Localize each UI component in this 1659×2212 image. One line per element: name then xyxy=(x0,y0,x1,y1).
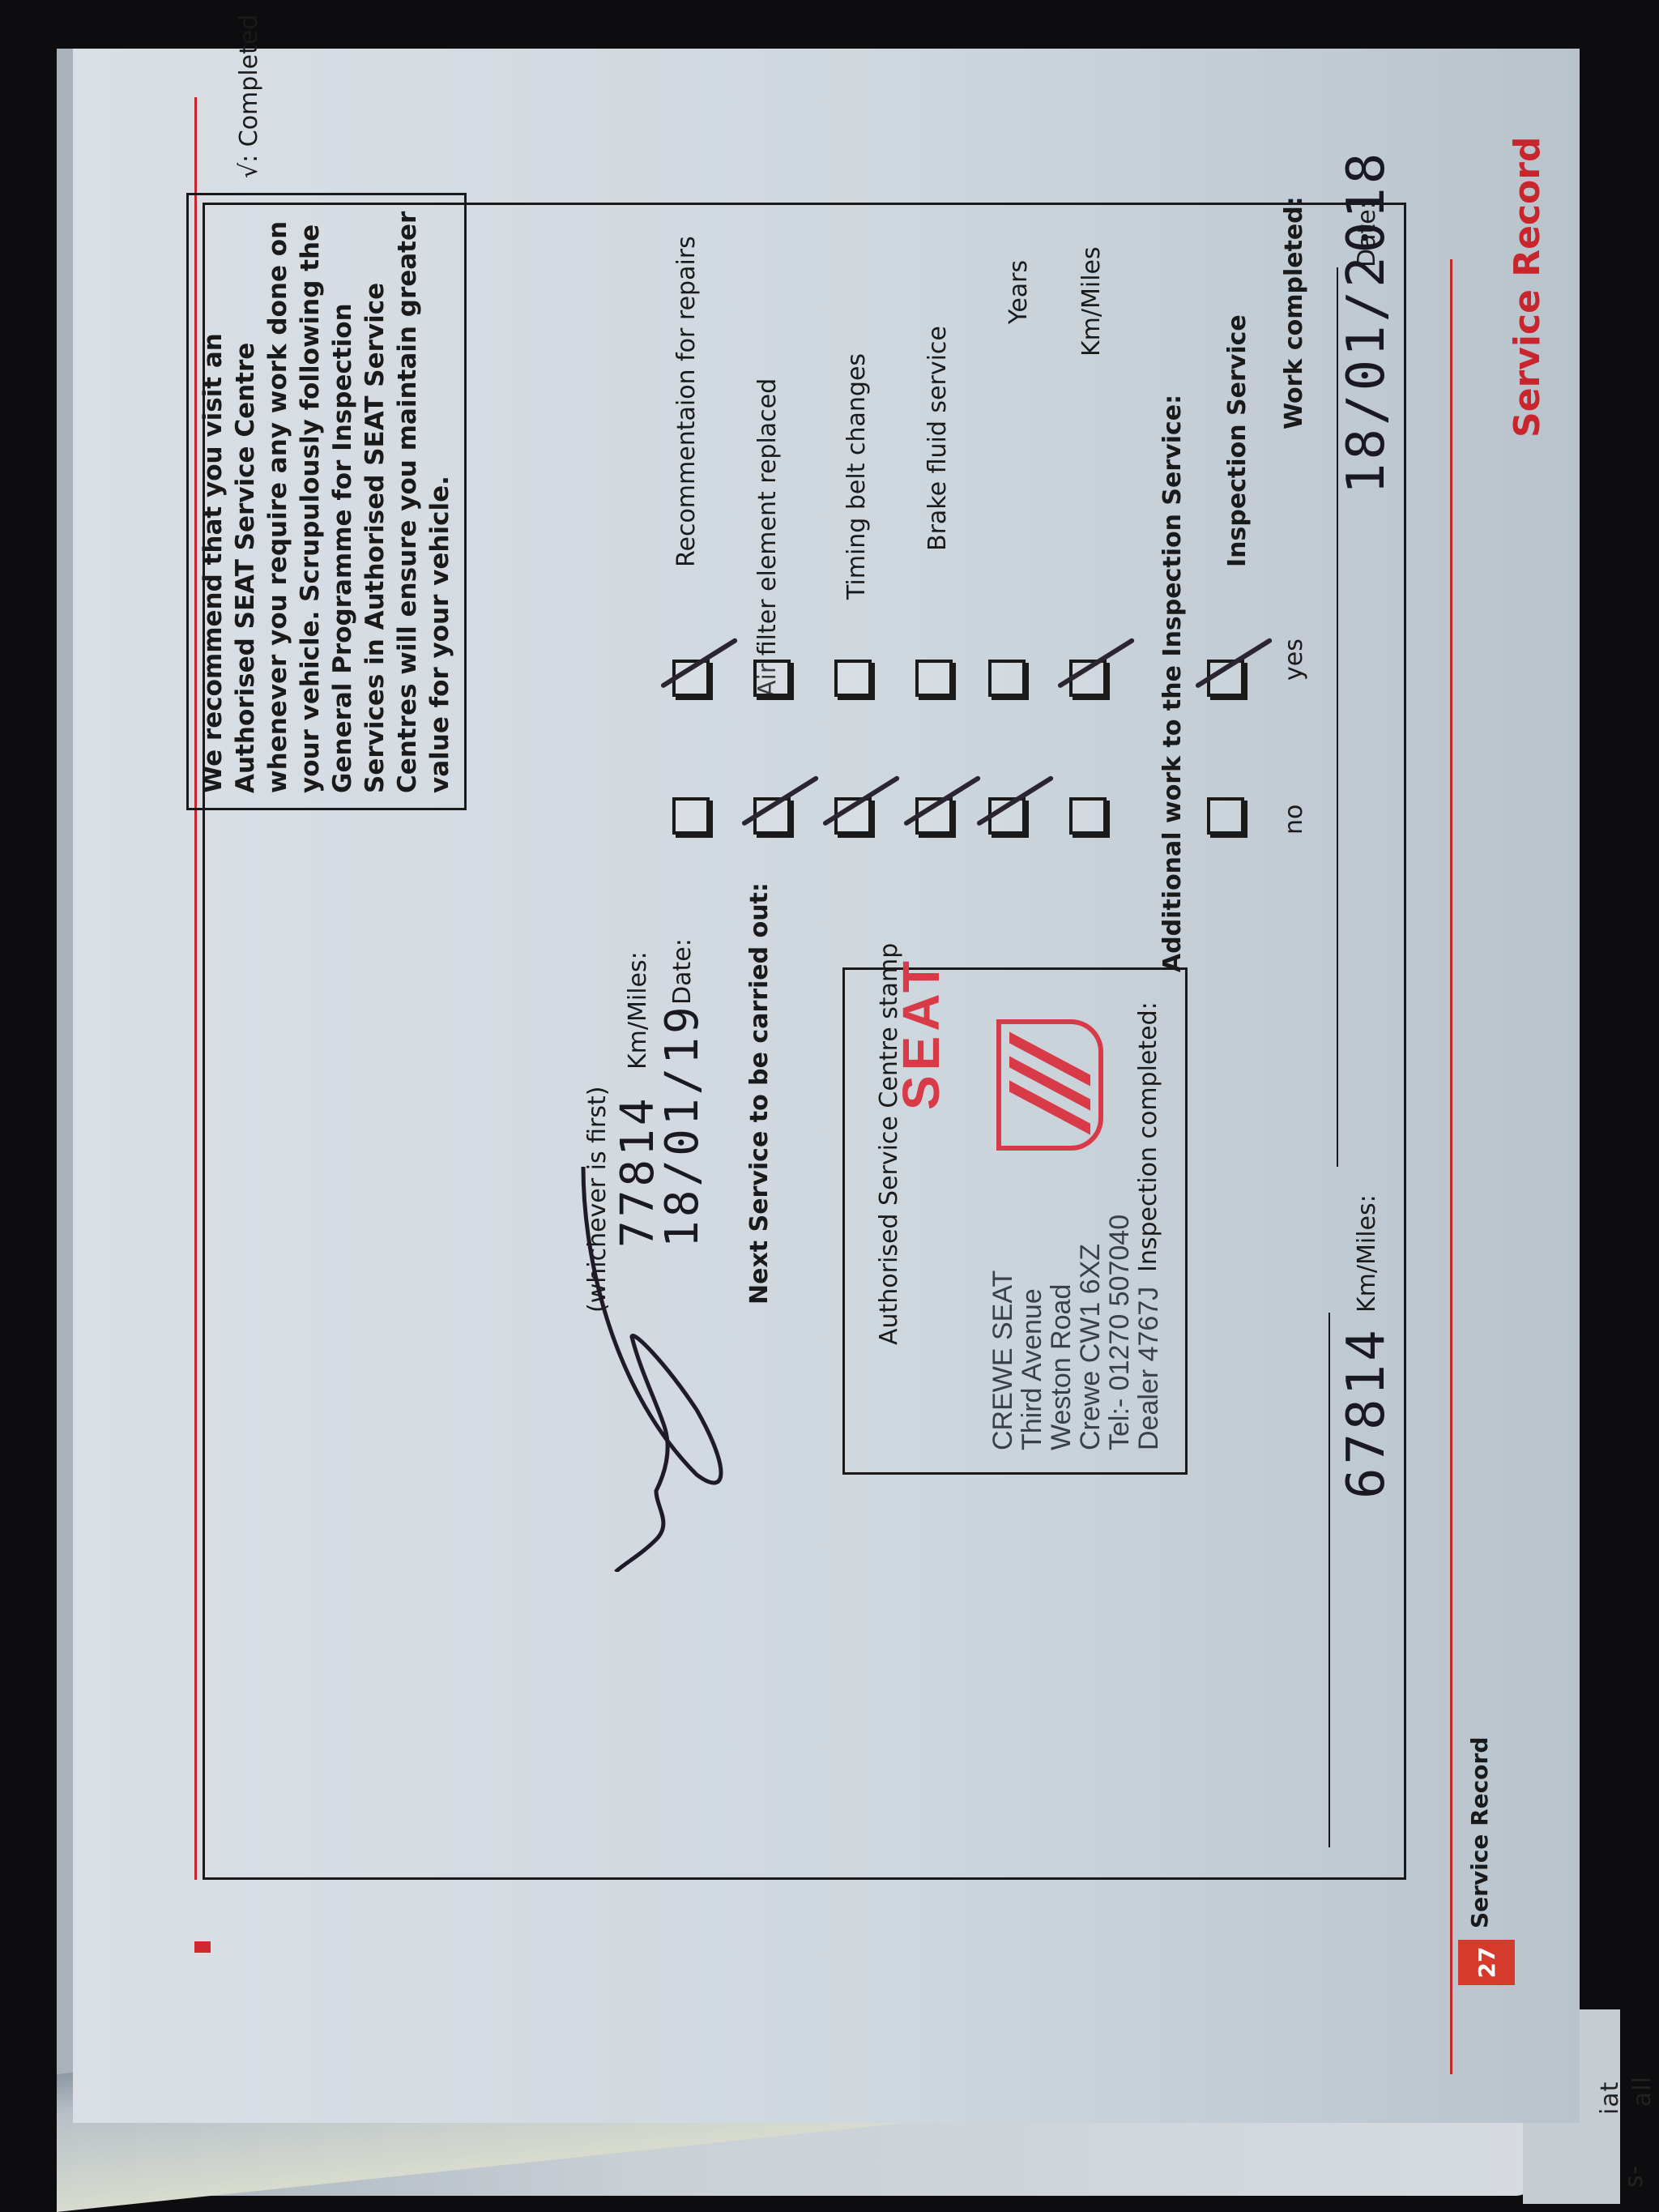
years-no-checkbox[interactable] xyxy=(988,797,1026,835)
item-label-air-filter: Air filter element replaced xyxy=(753,378,782,697)
km-label: Km/Miles: xyxy=(1353,1194,1381,1313)
yes-column-label: yes xyxy=(1280,638,1308,681)
stamp-line: Weston Road xyxy=(1047,1215,1076,1450)
item-label-timing-belt: Timing belt changes xyxy=(842,353,871,600)
item-label-repairs: Recommentaion for repairs xyxy=(672,236,701,567)
stamp-line: CREWE SEAT xyxy=(988,1215,1017,1450)
additional-work-title: Additional work to the Inspection Servic… xyxy=(1158,395,1187,972)
repairs-yes-checkbox[interactable] xyxy=(672,660,710,697)
timing-belt-no-checkbox[interactable] xyxy=(834,797,872,835)
km-yes-checkbox[interactable] xyxy=(1069,660,1107,697)
section-title: Service Record xyxy=(1507,137,1548,438)
date-underline xyxy=(1337,267,1338,1167)
next-service-date-label: Date: xyxy=(668,938,697,1005)
adjacent-page-fragment: iat xyxy=(1596,2082,1624,2115)
page-number: 27 xyxy=(1458,1940,1515,1985)
header-rule xyxy=(1450,259,1452,2074)
end-marker xyxy=(194,1941,211,1953)
item-label-km: Km/Miles xyxy=(1077,246,1106,357)
service-record-page: Service Record Service Record 27 √: Comp… xyxy=(73,49,1580,2123)
no-column-label: no xyxy=(1280,805,1308,835)
brake-fluid-no-checkbox[interactable] xyxy=(915,797,953,835)
recommendation-notice: We recommend that you visit an Authorise… xyxy=(186,193,467,810)
km-underline xyxy=(1328,1313,1330,1847)
item-label-years: Years xyxy=(1004,260,1033,324)
date-field[interactable]: 18/01/2018 xyxy=(1337,150,1397,494)
brake-fluid-yes-checkbox[interactable] xyxy=(915,660,953,697)
air-filter-yes-checkbox[interactable] xyxy=(753,660,791,697)
km-no-checkbox[interactable] xyxy=(1069,797,1107,835)
repairs-no-checkbox[interactable] xyxy=(672,797,710,835)
dealer-stamp: CREWE SEAT Third Avenue Weston Road Crew… xyxy=(988,1215,1163,1450)
running-head: Service Record xyxy=(1466,1737,1493,1928)
years-yes-checkbox[interactable] xyxy=(988,660,1026,697)
seat-logo-icon xyxy=(996,1019,1103,1151)
legend-completed: √: Completed xyxy=(235,15,263,178)
stamp-line: Tel:- 01270 507040 xyxy=(1105,1215,1134,1450)
timing-belt-yes-checkbox[interactable] xyxy=(834,660,872,697)
adjacent-page-fragment: s- xyxy=(1620,2165,1648,2188)
signature-icon xyxy=(551,1151,761,1572)
stamp-caption: Authorised Service Centre stamp xyxy=(875,943,903,1345)
inspection-service-label: Inspection Service xyxy=(1223,314,1252,567)
inspection-service-no-checkbox[interactable] xyxy=(1207,797,1244,835)
next-service-km-label: Km/Miles: xyxy=(624,951,652,1070)
stamp-line: Third Avenue xyxy=(1017,1215,1047,1450)
air-filter-no-checkbox[interactable] xyxy=(753,797,791,835)
km-field[interactable]: 67814 xyxy=(1337,1326,1397,1499)
item-label-brake-fluid: Brake fluid service xyxy=(923,326,952,551)
inspection-service-yes-checkbox[interactable] xyxy=(1207,660,1244,697)
work-completed-title: Work completed: xyxy=(1280,196,1308,429)
stamp-line: Crewe CW1 6XZ xyxy=(1076,1215,1105,1450)
adjacent-page-fragment: all xyxy=(1628,2076,1657,2107)
stamp-line: Dealer 4767J xyxy=(1134,1215,1163,1450)
